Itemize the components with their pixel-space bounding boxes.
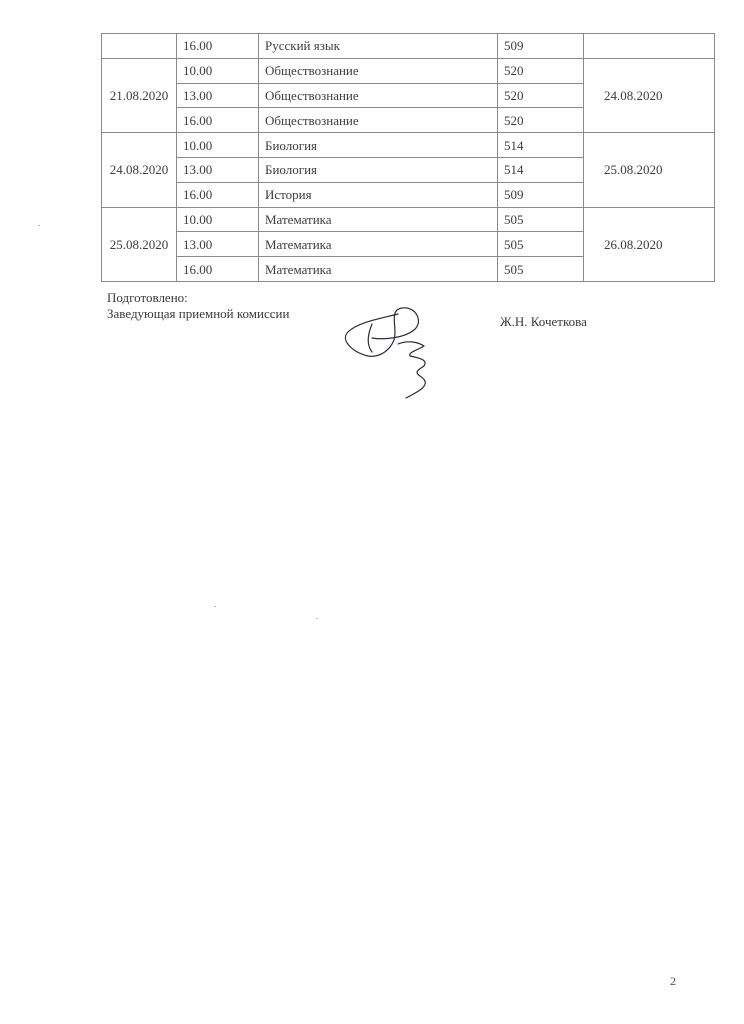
room-cell: 520 [498, 108, 584, 133]
time-cell: 13.00 [177, 157, 259, 182]
room-cell: 509 [498, 34, 584, 59]
subject-cell: История [259, 182, 498, 207]
time-cell: 10.00 [177, 207, 259, 232]
room-cell: 505 [498, 232, 584, 257]
room-cell: 505 [498, 257, 584, 282]
result-date-cell: 24.08.2020 [584, 58, 715, 132]
time-cell: 13.00 [177, 83, 259, 108]
subject-cell: Обществознание [259, 58, 498, 83]
exam-date-cell: 25.08.2020 [102, 207, 177, 281]
scan-speck [214, 606, 216, 607]
subject-cell: Биология [259, 157, 498, 182]
result-date-cell: 25.08.2020 [584, 133, 715, 207]
room-cell: 509 [498, 182, 584, 207]
table-row: 16.00 Русский язык 509 [102, 34, 715, 59]
room-cell: 505 [498, 207, 584, 232]
subject-cell: Русский язык [259, 34, 498, 59]
time-cell: 10.00 [177, 133, 259, 158]
time-cell: 16.00 [177, 257, 259, 282]
subject-cell: Обществознание [259, 108, 498, 133]
time-cell: 13.00 [177, 232, 259, 257]
subject-cell: Обществознание [259, 83, 498, 108]
scan-speck [316, 618, 318, 619]
room-cell: 514 [498, 133, 584, 158]
subject-cell: Математика [259, 232, 498, 257]
scan-speck [38, 225, 40, 226]
exam-schedule-table: 16.00 Русский язык 509 21.08.2020 10.00 … [101, 33, 715, 282]
signature-icon [328, 300, 448, 400]
time-cell: 16.00 [177, 182, 259, 207]
time-cell: 10.00 [177, 58, 259, 83]
exam-date-cell: 24.08.2020 [102, 133, 177, 207]
table-row: 24.08.2020 10.00 Биология 514 25.08.2020 [102, 133, 715, 158]
signer-position: Заведующая приемной комиссии [107, 306, 289, 322]
room-cell: 520 [498, 58, 584, 83]
signer-name: Ж.Н. Кочеткова [500, 314, 587, 330]
exam-date-cell [102, 34, 177, 59]
document-page: 16.00 Русский язык 509 21.08.2020 10.00 … [0, 0, 744, 1024]
table-row: 21.08.2020 10.00 Обществознание 520 24.0… [102, 58, 715, 83]
exam-date-cell: 21.08.2020 [102, 58, 177, 132]
room-cell: 520 [498, 83, 584, 108]
page-number: 2 [670, 974, 676, 989]
subject-cell: Биология [259, 133, 498, 158]
time-cell: 16.00 [177, 34, 259, 59]
subject-cell: Математика [259, 257, 498, 282]
subject-cell: Математика [259, 207, 498, 232]
time-cell: 16.00 [177, 108, 259, 133]
prepared-by-block: Подготовлено: Заведующая приемной комисс… [107, 290, 289, 322]
result-date-cell: 26.08.2020 [584, 207, 715, 281]
room-cell: 514 [498, 157, 584, 182]
result-date-cell [584, 34, 715, 59]
prepared-label: Подготовлено: [107, 290, 289, 306]
table-row: 25.08.2020 10.00 Математика 505 26.08.20… [102, 207, 715, 232]
